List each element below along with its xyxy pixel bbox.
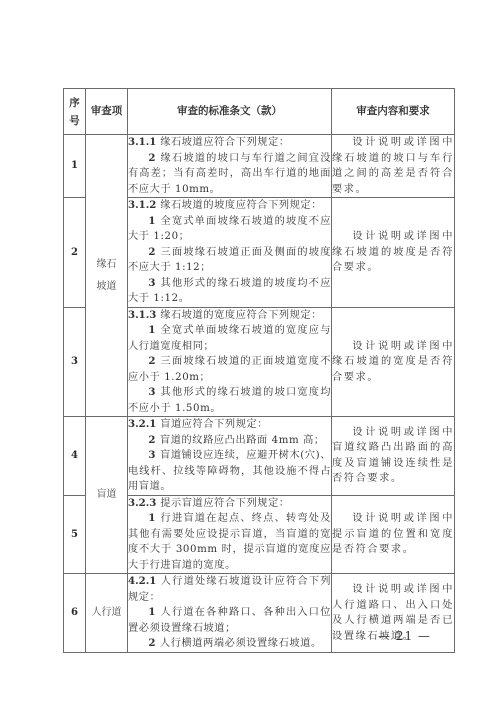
header-review-item: 审查项 — [86, 89, 128, 135]
header-serial-line1: 序 — [64, 94, 85, 112]
table-row: 4 盲道 3.2.1 盲道应符合下列规定： 2 盲道的纹路应凸出路面 4mm 高… — [64, 417, 455, 496]
clause-item-text: 全宽式单面坡缘石坡道的宽度应与人行道宽度相同； — [128, 325, 331, 352]
table-row: 1 缘石 坡道 3.1.1 缘石坡道应符合下列规定： 2 缘石坡道的坡口与车行道… — [64, 135, 455, 198]
clause-number: 3.1.2 — [128, 199, 156, 211]
clause-item: 2 盲道的纹路应凸出路面 4mm 高； — [128, 433, 331, 449]
clause-number: 3.2.1 — [128, 418, 156, 430]
standard-clause-cell: 3.2.3 提示盲道应符合下列规定： 1 行进盲道在起点、终点、转弯处及其他有需… — [128, 495, 332, 574]
review-item-label-line2: 坡道 — [86, 276, 127, 298]
clause-title: 盲道应符合下列规定： — [156, 419, 268, 430]
row-number: 2 — [64, 198, 86, 308]
clause-heading: 3.2.1 盲道应符合下列规定： — [128, 417, 331, 433]
requirement-cell: 设计说明或详图中盲道纹路凸出路面的高度及盲道铺设连续性是否符合要求。 — [332, 417, 455, 496]
clause-item-text: 其他形式的缘石坡道的坡口宽度均不应小于 1.50m。 — [128, 387, 331, 414]
clause-item: 3 盲道铺设应连续，应避开树木(穴)、电线杆、拉线等障碍物，其他设施不得占用盲道… — [128, 448, 331, 495]
requirement-text: 设计说明或详图中缘石坡道的宽度是否符合要求。 — [332, 339, 454, 386]
standard-clause-cell: 3.1.3 缘石坡道的宽度应符合下列规定： 1 全宽式单面坡缘石坡道的宽度应与人… — [128, 307, 332, 417]
row-number: 4 — [64, 417, 86, 496]
clause-item-text: 全宽式单面坡缘石坡道的坡度不应大于 1:20； — [128, 216, 331, 243]
clause-heading: 3.1.1 缘石坡道应符合下列规定： — [128, 135, 331, 151]
clause-item: 1 人行道在各种路口、各种出入口位置必须设置缘石坡道； — [128, 605, 331, 636]
requirement-text: 设计说明或详图中缘石坡道的坡度是否符合要求。 — [332, 229, 454, 276]
requirement-cell: 设计说明或详图中缘石坡道的坡口与车行道之间的高差是否符合要求。 — [332, 135, 455, 198]
review-item-sidewalk: 人行道 — [86, 574, 128, 653]
clause-item-number: 1 — [148, 215, 156, 227]
clause-item-text: 人行道在各种路口、各种出入口位置必须设置缘石坡道； — [128, 607, 331, 634]
clause-number: 3.1.3 — [128, 309, 156, 321]
clause-heading: 4.2.1 人行道处缘石坡道设计应符合下列规定： — [128, 574, 331, 605]
review-item-label-line1: 缘石 — [86, 254, 127, 276]
clause-item: 2 三面坡缘石坡道正面及侧面的坡度不应大于 1:12； — [128, 245, 331, 276]
clause-number: 3.1.1 — [128, 136, 156, 148]
clause-item: 2 三面坡缘石坡道的正面坡道宽度不应小于 1.20m； — [128, 354, 331, 385]
requirement-cell: 设计说明或详图中缘石坡道的坡度是否符合要求。 — [332, 198, 455, 308]
clause-item-text: 盲道的纹路应凸出路面 4mm 高； — [156, 435, 325, 446]
review-table: 序 号 审查项 审查的标准条文（款） 审查内容和要求 1 缘石 坡道 3.1.1… — [63, 88, 455, 653]
clause-item-number: 2 — [148, 355, 156, 367]
clause-item-number: 1 — [148, 606, 156, 618]
clause-title: 缘石坡道的坡度应符合下列规定： — [156, 200, 322, 211]
clause-item-number: 1 — [148, 512, 156, 524]
clause-item: 1 全宽式单面坡缘石坡道的坡度不应大于 1:20； — [128, 214, 331, 245]
clause-item-number: 2 — [148, 637, 156, 649]
clause-item: 1 全宽式单面坡缘石坡道的宽度应与人行道宽度相同； — [128, 323, 331, 354]
header-standard-clause: 审查的标准条文（款） — [128, 89, 332, 135]
row-number: 6 — [64, 574, 86, 653]
clause-title: 缘石坡道应符合下列规定： — [156, 137, 289, 148]
clause-item-text: 行进盲道在起点、终点、转弯处及其他有需要处应设提示盲道，当盲道的宽度不大于 30… — [128, 513, 331, 571]
clause-item: 2 缘石坡道的坡口与车行道之间宜没有高差；当有高差时，高出车行道的地面不应大于 … — [128, 151, 331, 198]
clause-item-text: 三面坡缘石坡道正面及侧面的坡度不应大于 1:12； — [128, 247, 331, 274]
clause-title: 人行道处缘石坡道设计应符合下列规定： — [128, 576, 331, 603]
row-number: 3 — [64, 307, 86, 417]
clause-heading: 3.1.3 缘石坡道的宽度应符合下列规定： — [128, 308, 331, 324]
document-page: 序 号 审查项 审查的标准条文（款） 审查内容和要求 1 缘石 坡道 3.1.1… — [0, 0, 500, 707]
review-item-curb-ramp: 缘石 坡道 — [86, 135, 128, 417]
requirement-text: 设计说明或详图中缘石坡道的坡口与车行道之间的高差是否符合要求。 — [332, 135, 454, 197]
clause-item-text: 盲道铺设应连续，应避开树木(穴)、电线杆、拉线等障碍物，其他设施不得占用盲道。 — [128, 450, 331, 492]
clause-number: 3.2.3 — [128, 497, 156, 509]
standard-clause-cell: 3.1.2 缘石坡道的坡度应符合下列规定： 1 全宽式单面坡缘石坡道的坡度不应大… — [128, 198, 332, 308]
clause-number: 4.2.1 — [128, 575, 156, 587]
clause-item-text: 三面坡缘石坡道的正面坡道宽度不应小于 1.20m； — [128, 356, 331, 383]
row-number: 1 — [64, 135, 86, 198]
requirement-cell: 设计说明或详图中缘石坡道的宽度是否符合要求。 — [332, 307, 455, 417]
header-review-requirement: 审查内容和要求 — [332, 89, 455, 135]
clause-item: 2 人行横道两端必须设置缘石坡道。 — [128, 636, 331, 652]
standard-clause-cell: 4.2.1 人行道处缘石坡道设计应符合下列规定： 1 人行道在各种路口、各种出入… — [128, 574, 332, 653]
clause-item-text: 缘石坡道的坡口与车行道之间宜没有高差；当有高差时，高出车行道的地面不应大于 10… — [128, 153, 331, 195]
clause-item-number: 2 — [148, 434, 156, 446]
clause-item: 1 行进盲道在起点、终点、转弯处及其他有需要处应设提示盲道，当盲道的宽度不大于 … — [128, 511, 331, 573]
clause-item: 3 其他形式的缘石坡道的坡度均不应大于 1:12。 — [128, 276, 331, 307]
clause-item-text: 人行横道两端必须设置缘石坡道。 — [156, 638, 322, 649]
table-header-row: 序 号 审查项 审查的标准条文（款） 审查内容和要求 — [64, 89, 455, 135]
review-item-label: 盲道 — [86, 484, 127, 506]
requirement-text: 设计说明或详图中盲道纹路凸出路面的高度及盲道铺设连续性是否符合要求。 — [332, 425, 454, 487]
review-item-label: 人行道 — [86, 602, 127, 624]
header-serial-number: 序 号 — [64, 89, 86, 135]
header-serial-line2: 号 — [64, 112, 85, 130]
clause-title: 缘石坡道的宽度应符合下列规定： — [156, 310, 322, 321]
clause-item-number: 2 — [148, 152, 156, 164]
standard-clause-cell: 3.1.1 缘石坡道应符合下列规定： 2 缘石坡道的坡口与车行道之间宜没有高差；… — [128, 135, 332, 198]
row-number: 5 — [64, 495, 86, 574]
clause-item-number: 3 — [148, 386, 156, 398]
clause-item-number: 2 — [148, 246, 156, 258]
clause-item-number: 3 — [148, 277, 156, 289]
clause-heading: 3.2.3 提示盲道应符合下列规定： — [128, 496, 331, 512]
clause-item-text: 其他形式的缘石坡道的坡度均不应大于 1:12。 — [128, 278, 331, 305]
review-item-tactile-paving: 盲道 — [86, 417, 128, 574]
clause-item: 3 其他形式的缘石坡道的坡口宽度均不应小于 1.50m。 — [128, 385, 331, 416]
page-number: — 21 — — [378, 629, 431, 643]
clause-heading: 3.1.2 缘石坡道的坡度应符合下列规定： — [128, 198, 331, 214]
requirement-text: 设计说明或详图中提示盲道的位置和宽度是否符合要求。 — [332, 511, 454, 558]
requirement-cell: 设计说明或详图中提示盲道的位置和宽度是否符合要求。 — [332, 495, 455, 574]
clause-item-number: 1 — [148, 324, 156, 336]
standard-clause-cell: 3.2.1 盲道应符合下列规定： 2 盲道的纹路应凸出路面 4mm 高； 3 盲… — [128, 417, 332, 496]
clause-item-number: 3 — [148, 449, 156, 461]
clause-title: 提示盲道应符合下列规定： — [156, 498, 289, 509]
